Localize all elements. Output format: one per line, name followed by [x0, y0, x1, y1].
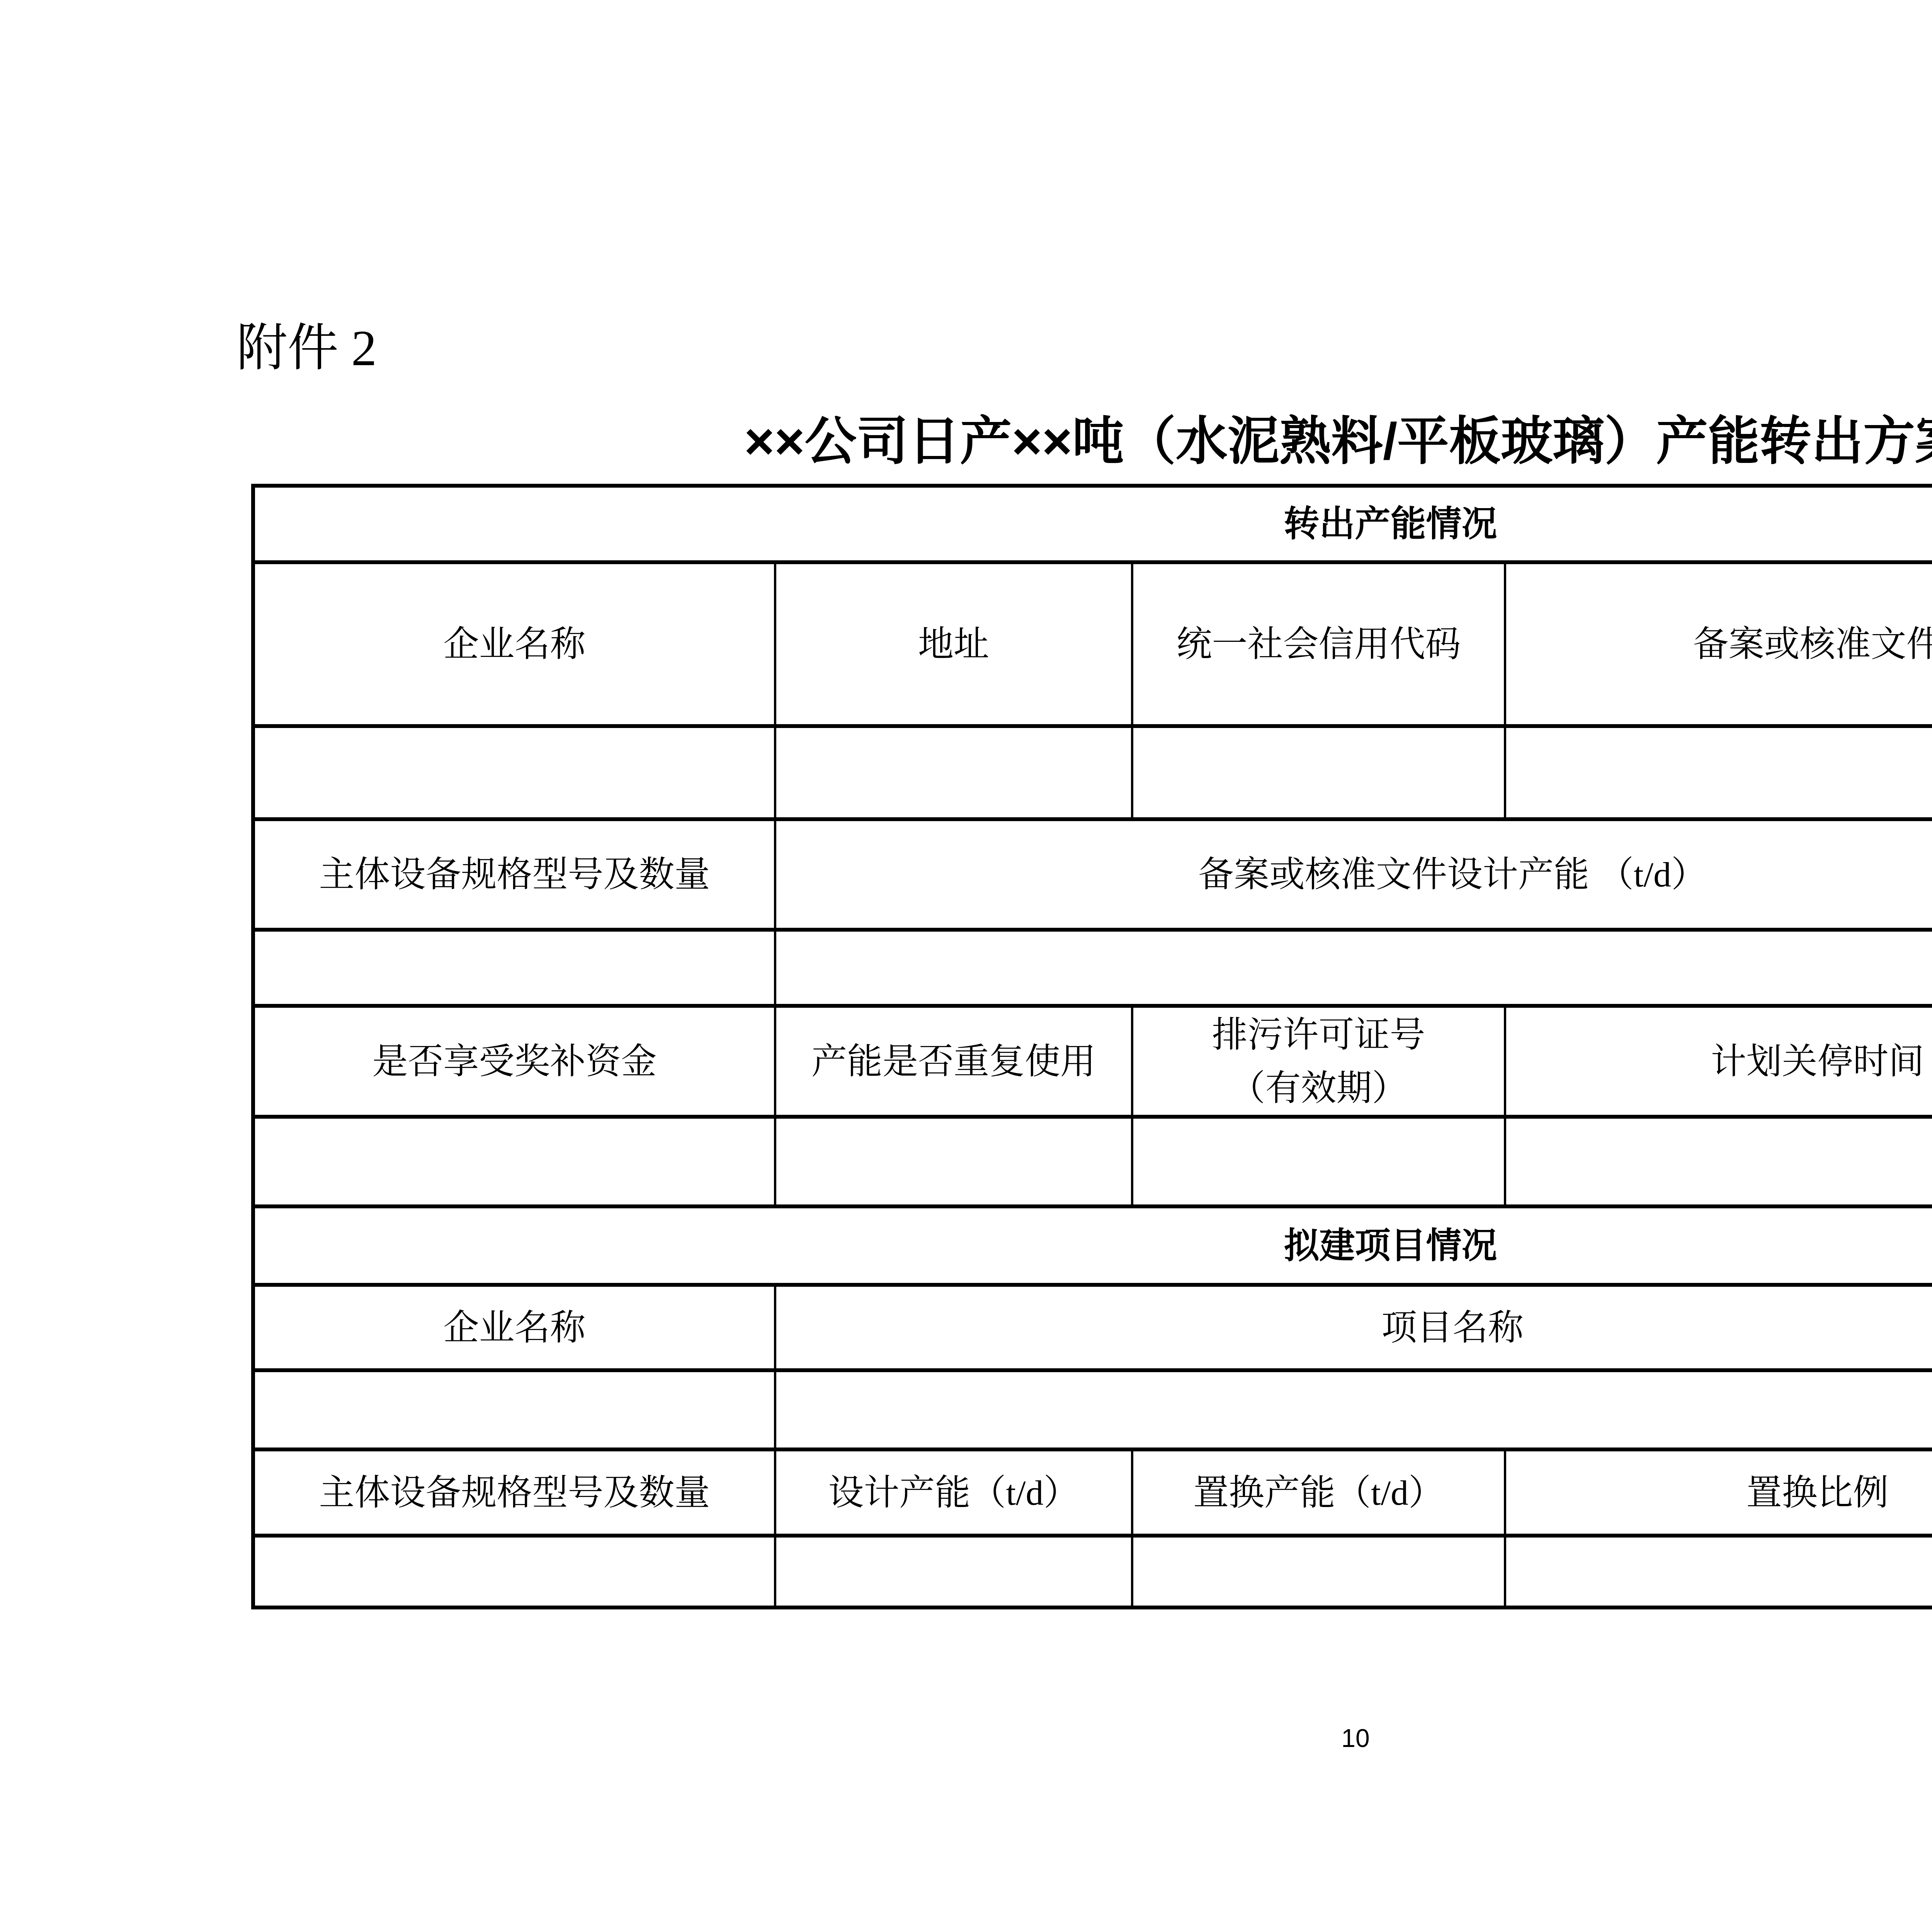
- input-cell-subsidy-funds: [253, 1117, 775, 1206]
- col-header-equipment-model-qty: 主体设备规格型号及数量: [253, 819, 775, 930]
- col-header-designed-capacity: 备案或核准文件设计产能 （t/d）: [775, 819, 1932, 930]
- col-header-address: 地址: [775, 562, 1132, 726]
- input-cell-address: [775, 726, 1132, 819]
- col-header-credit-code: 统一社会信用代码: [1132, 562, 1505, 726]
- col-header-subsidy-funds: 是否享受奖补资金: [253, 1006, 775, 1117]
- input-cell-designed-capacity: [775, 930, 1932, 1006]
- attachment-label: 附件 2: [236, 318, 377, 379]
- input-cell-credit-code: [1132, 726, 1505, 819]
- header-row-enterprise-info: 企业名称 地址 统一社会信用代码 备案或核准文件 生产许可证号（有效期） （水泥…: [253, 562, 1932, 726]
- input-cell-filing-document: [1505, 726, 1932, 819]
- col-header-project-designed-capacity: 设计产能（t/d）: [775, 1449, 1132, 1536]
- input-row-project-info: [253, 1370, 1932, 1449]
- col-header-replacement-ratio: 置换比例: [1505, 1449, 1932, 1536]
- col-header-filing-document: 备案或核准文件: [1505, 562, 1932, 726]
- input-cell-pollution-permit: [1132, 1117, 1505, 1206]
- page-number: 10: [0, 1724, 1932, 1752]
- section-row-proposed-project: 拟建项目情况: [253, 1206, 1932, 1285]
- input-cell-equipment-model-qty: [253, 930, 775, 1006]
- section-header-proposed-project: 拟建项目情况: [253, 1206, 1932, 1285]
- col-header-project-enterprise-name: 企业名称: [253, 1285, 775, 1370]
- header-row-status-info: 是否享受奖补资金 产能是否重复使用 排污许可证号 （有效期） 计划关停时间 计划…: [253, 1006, 1932, 1117]
- input-cell-project-enterprise-name: [253, 1370, 775, 1449]
- page-title: ××公司日产××吨（水泥熟料/平板玻璃）产能转出方案: [0, 412, 1932, 471]
- col-header-project-name: 项目名称: [775, 1285, 1932, 1370]
- document-page: 附件 2 ××公司日产××吨（水泥熟料/平板玻璃）产能转出方案 转出产能情况 企…: [0, 0, 1932, 1917]
- col-header-pollution-permit: 排污许可证号 （有效期）: [1132, 1006, 1505, 1117]
- col-header-capacity-reused: 产能是否重复使用: [775, 1006, 1132, 1117]
- input-row-enterprise-info: [253, 726, 1932, 819]
- col-header-planned-shutdown-time: 计划关停时间: [1505, 1006, 1932, 1117]
- input-cell-enterprise-name: [253, 726, 775, 819]
- col-header-project-equipment-model-qty: 主体设备规格型号及数量: [253, 1449, 775, 1536]
- col-header-enterprise-name: 企业名称: [253, 562, 775, 726]
- input-cell-project-name: [775, 1370, 1932, 1449]
- input-cell-replacement-ratio: [1505, 1536, 1932, 1607]
- input-cell-project-equipment-model-qty: [253, 1536, 775, 1607]
- header-row-project-capacity: 主体设备规格型号及数量 设计产能（t/d） 置换产能（t/d） 置换比例 计划点…: [253, 1449, 1932, 1536]
- capacity-transfer-table: 转出产能情况 企业名称 地址 统一社会信用代码 备案或核准文件 生产许可证号（有…: [251, 484, 1932, 1609]
- input-cell-capacity-reused: [775, 1117, 1132, 1206]
- input-cell-project-replacement-capacity: [1132, 1536, 1505, 1607]
- input-row-status-info: [253, 1117, 1932, 1206]
- header-row-equipment-capacity: 主体设备规格型号及数量 备案或核准文件设计产能 （t/d） 用于本项目置换产能（…: [253, 819, 1932, 930]
- section-row-transfer: 转出产能情况: [253, 486, 1932, 562]
- input-row-equipment-capacity: [253, 930, 1932, 1006]
- header-row-project-info: 企业名称 项目名称 建设地点: [253, 1285, 1932, 1370]
- input-row-project-capacity: [253, 1536, 1932, 1607]
- input-cell-planned-shutdown-time: [1505, 1117, 1932, 1206]
- col-header-project-replacement-capacity: 置换产能（t/d）: [1132, 1449, 1505, 1536]
- section-header-transfer-capacity: 转出产能情况: [253, 486, 1932, 562]
- input-cell-project-designed-capacity: [775, 1536, 1132, 1607]
